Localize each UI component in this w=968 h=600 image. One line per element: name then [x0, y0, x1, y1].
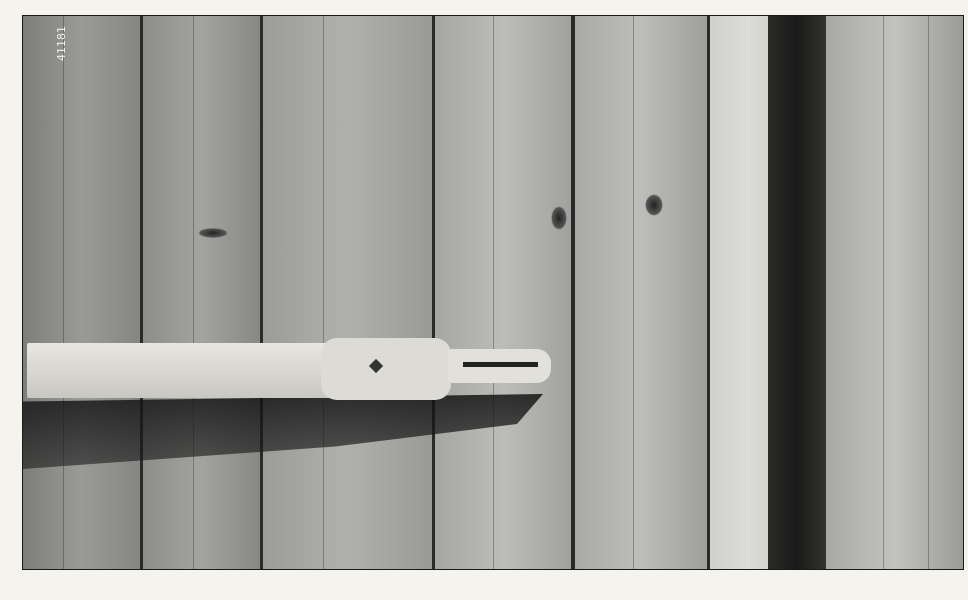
latch-bar	[27, 343, 337, 398]
plank-seam	[432, 16, 435, 569]
plank	[433, 16, 573, 569]
plank	[573, 16, 708, 569]
plank	[826, 16, 963, 569]
plank	[141, 16, 261, 569]
wood-grain	[63, 16, 64, 569]
plank-seam	[707, 16, 710, 569]
latch-carved-head	[321, 338, 451, 400]
plank-seam	[260, 16, 263, 569]
wood-knot	[551, 206, 567, 230]
wood-grain	[633, 16, 634, 569]
wood-grain	[883, 16, 884, 569]
plank	[23, 16, 141, 569]
wood-knot	[198, 228, 228, 238]
wood-grain	[323, 16, 324, 569]
plank-seam	[571, 16, 575, 569]
photograph: 41181 Black-and-white archival photograp…	[22, 15, 964, 570]
plank-seam	[140, 16, 143, 569]
wood-grain	[928, 16, 929, 569]
inventory-number: 41181	[55, 26, 68, 61]
wood-grain	[193, 16, 194, 569]
dark-plank	[768, 16, 826, 569]
latch-slot	[463, 362, 538, 367]
wood-knot	[645, 194, 663, 216]
plank	[261, 16, 433, 569]
wood-grain	[493, 16, 494, 569]
